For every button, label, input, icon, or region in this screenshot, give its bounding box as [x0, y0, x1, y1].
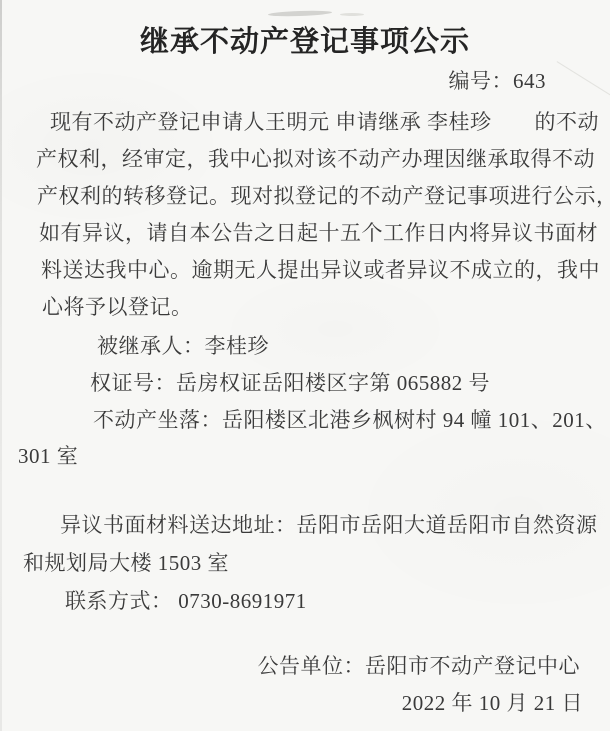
- decedent-line: 被继承人：李桂珍: [97, 331, 269, 361]
- property-location-line: 不动产坐落：岳阳楼区北港乡枫树村 94 幢 101、201、: [93, 405, 607, 435]
- body-line: 产权利，经审定，我中心拟对该不动产办理因继承取得不动: [36, 144, 595, 174]
- body-line: 现有不动产登记申请人王明元 申请继承 李桂珍 的不动: [50, 107, 599, 137]
- scan-left-edge-artifact: [0, 0, 2, 731]
- body-line: 如有异议，请自本公告之日起十五个工作日内将异议书面材: [39, 218, 598, 248]
- delivery-address-line-continued: 和规划局大楼 1503 室: [23, 548, 229, 578]
- notice-number: 编号：643: [449, 66, 547, 96]
- notice-document: 继承不动产登记事项公示 编号：643 现有不动产登记申请人王明元 申请继承 李桂…: [0, 0, 610, 731]
- body-line: 产权利的转移登记。现对拟登记的不动产登记事项进行公示，: [37, 181, 610, 211]
- contact-phone-line: 联系方式： 0730-8691971: [65, 586, 307, 616]
- delivery-address-line: 异议书面材料送达地址：岳阳市岳阳大道岳阳市自然资源: [60, 510, 598, 540]
- scan-smudge-artifact: [268, 10, 332, 17]
- notice-title: 继承不动产登记事项公示: [0, 24, 610, 60]
- body-line: 料送达我中心。逾期无人提出异议或者异议不成立的，我中: [41, 255, 600, 285]
- date-line: 2022 年 10 月 21 日: [402, 688, 583, 718]
- scan-smudge-artifact: [340, 13, 364, 16]
- scan-scratch-artifact: [557, 61, 610, 96]
- body-line: 心将予以登记。: [42, 292, 193, 322]
- issuer-line: 公告单位：岳阳市不动产登记中心: [258, 651, 581, 681]
- certificate-number-line: 权证号：岳房权证岳阳楼区字第 065882 号: [90, 368, 490, 398]
- property-location-line-continued: 301 室: [18, 441, 78, 471]
